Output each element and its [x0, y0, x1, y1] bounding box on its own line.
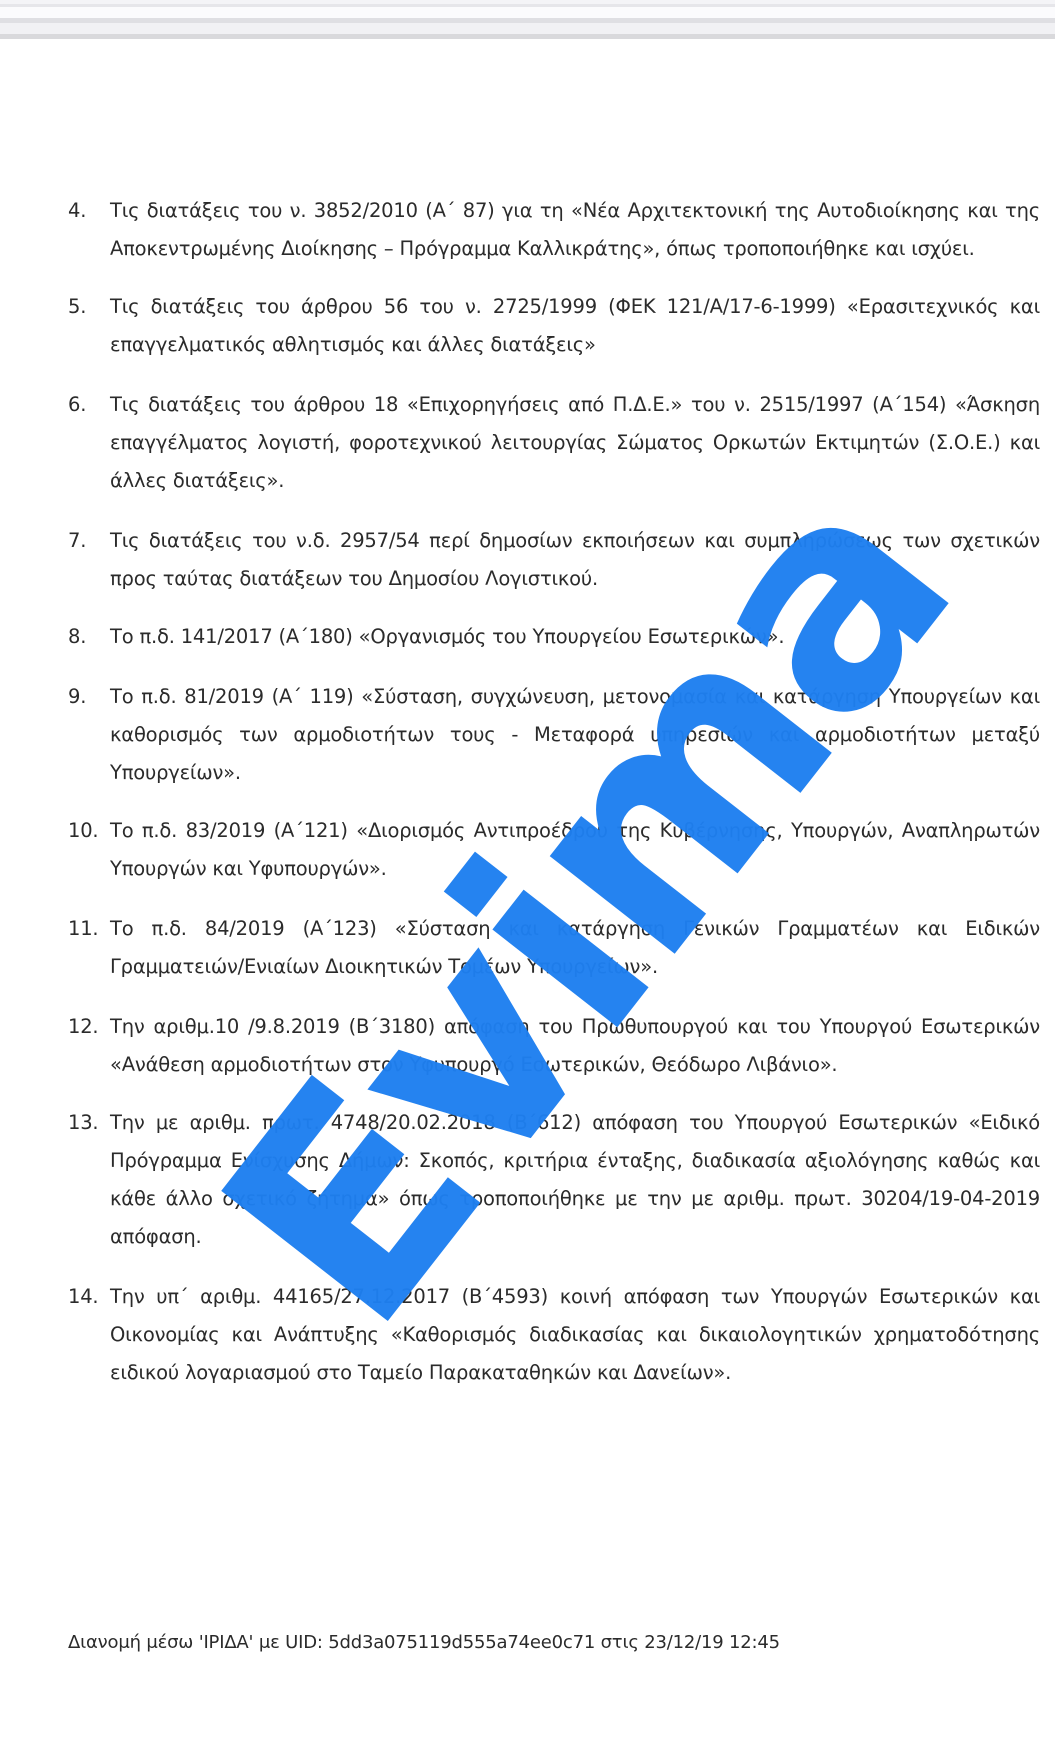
item-number: 14. — [68, 1278, 98, 1316]
item-text: Τις διατάξεις του άρθρου 18 «Επιχορηγήσε… — [110, 393, 1040, 492]
item-text: Το π.δ. 84/2019 (Α΄123) «Σύσταση και κατ… — [110, 917, 1040, 978]
item-number: 10. — [68, 812, 98, 850]
list-item: 9. Το π.δ. 81/2019 (Α΄ 119) «Σύσταση, συ… — [68, 678, 1040, 792]
item-number: 5. — [68, 288, 86, 326]
list-item: 13. Την με αριθμ. πρωτ. 4748/20.02.2018 … — [68, 1104, 1040, 1256]
list-item: 4. Τις διατάξεις του ν. 3852/2010 (Α΄ 87… — [68, 192, 1040, 268]
item-text: Το π.δ. 141/2017 (Α΄180) «Οργανισμός του… — [110, 625, 784, 648]
item-text: Την με αριθμ. πρωτ. 4748/20.02.2018 (Β΄6… — [110, 1111, 1040, 1248]
list-item: 8. Το π.δ. 141/2017 (Α΄180) «Οργανισμός … — [68, 618, 1040, 656]
list-item: 6. Τις διατάξεις του άρθρου 18 «Επιχορηγ… — [68, 386, 1040, 500]
item-text: Την υπ΄ αριθμ. 44165/27.12.2017 (Β΄4593)… — [110, 1285, 1040, 1384]
list-item: 5. Τις διατάξεις του άρθρου 56 του ν. 27… — [68, 288, 1040, 364]
item-number: 11. — [68, 910, 98, 948]
list-item: 12. Την αριθμ.10 /9.8.2019 (Β΄3180) απόφ… — [68, 1008, 1040, 1084]
item-number: 4. — [68, 192, 86, 230]
list-item: 11. Το π.δ. 84/2019 (Α΄123) «Σύσταση και… — [68, 910, 1040, 986]
item-text: Τις διατάξεις του άρθρου 56 του ν. 2725/… — [110, 295, 1040, 356]
distribution-footer: Διανομή μέσω 'ΙΡΙΔΑ' με UID: 5dd3a075119… — [68, 1632, 780, 1653]
list-item: 14. Την υπ΄ αριθμ. 44165/27.12.2017 (Β΄4… — [68, 1278, 1040, 1392]
item-number: 6. — [68, 386, 86, 424]
list-item: 7. Τις διατάξεις του ν.δ. 2957/54 περί δ… — [68, 522, 1040, 598]
item-number: 12. — [68, 1008, 98, 1046]
item-text: Την αριθμ.10 /9.8.2019 (Β΄3180) απόφαση … — [110, 1015, 1040, 1076]
item-text: Τις διατάξεις του ν. 3852/2010 (Α΄ 87) γ… — [110, 199, 1040, 260]
item-number: 8. — [68, 618, 86, 656]
item-text: Το π.δ. 81/2019 (Α΄ 119) «Σύσταση, συγχώ… — [110, 685, 1040, 784]
item-number: 9. — [68, 678, 86, 716]
list-item: 10. Το π.δ. 83/2019 (Α΄121) «Διορισμός Α… — [68, 812, 1040, 888]
item-text: Το π.δ. 83/2019 (Α΄121) «Διορισμός Αντιπ… — [110, 819, 1040, 880]
item-number: 13. — [68, 1104, 98, 1142]
provisions-list: 4. Τις διατάξεις του ν. 3852/2010 (Α΄ 87… — [68, 192, 1040, 1392]
document-page: 4. Τις διατάξεις του ν. 3852/2010 (Α΄ 87… — [0, 0, 1055, 1744]
item-text: Τις διατάξεις του ν.δ. 2957/54 περί δημο… — [110, 529, 1040, 590]
item-number: 7. — [68, 522, 86, 560]
